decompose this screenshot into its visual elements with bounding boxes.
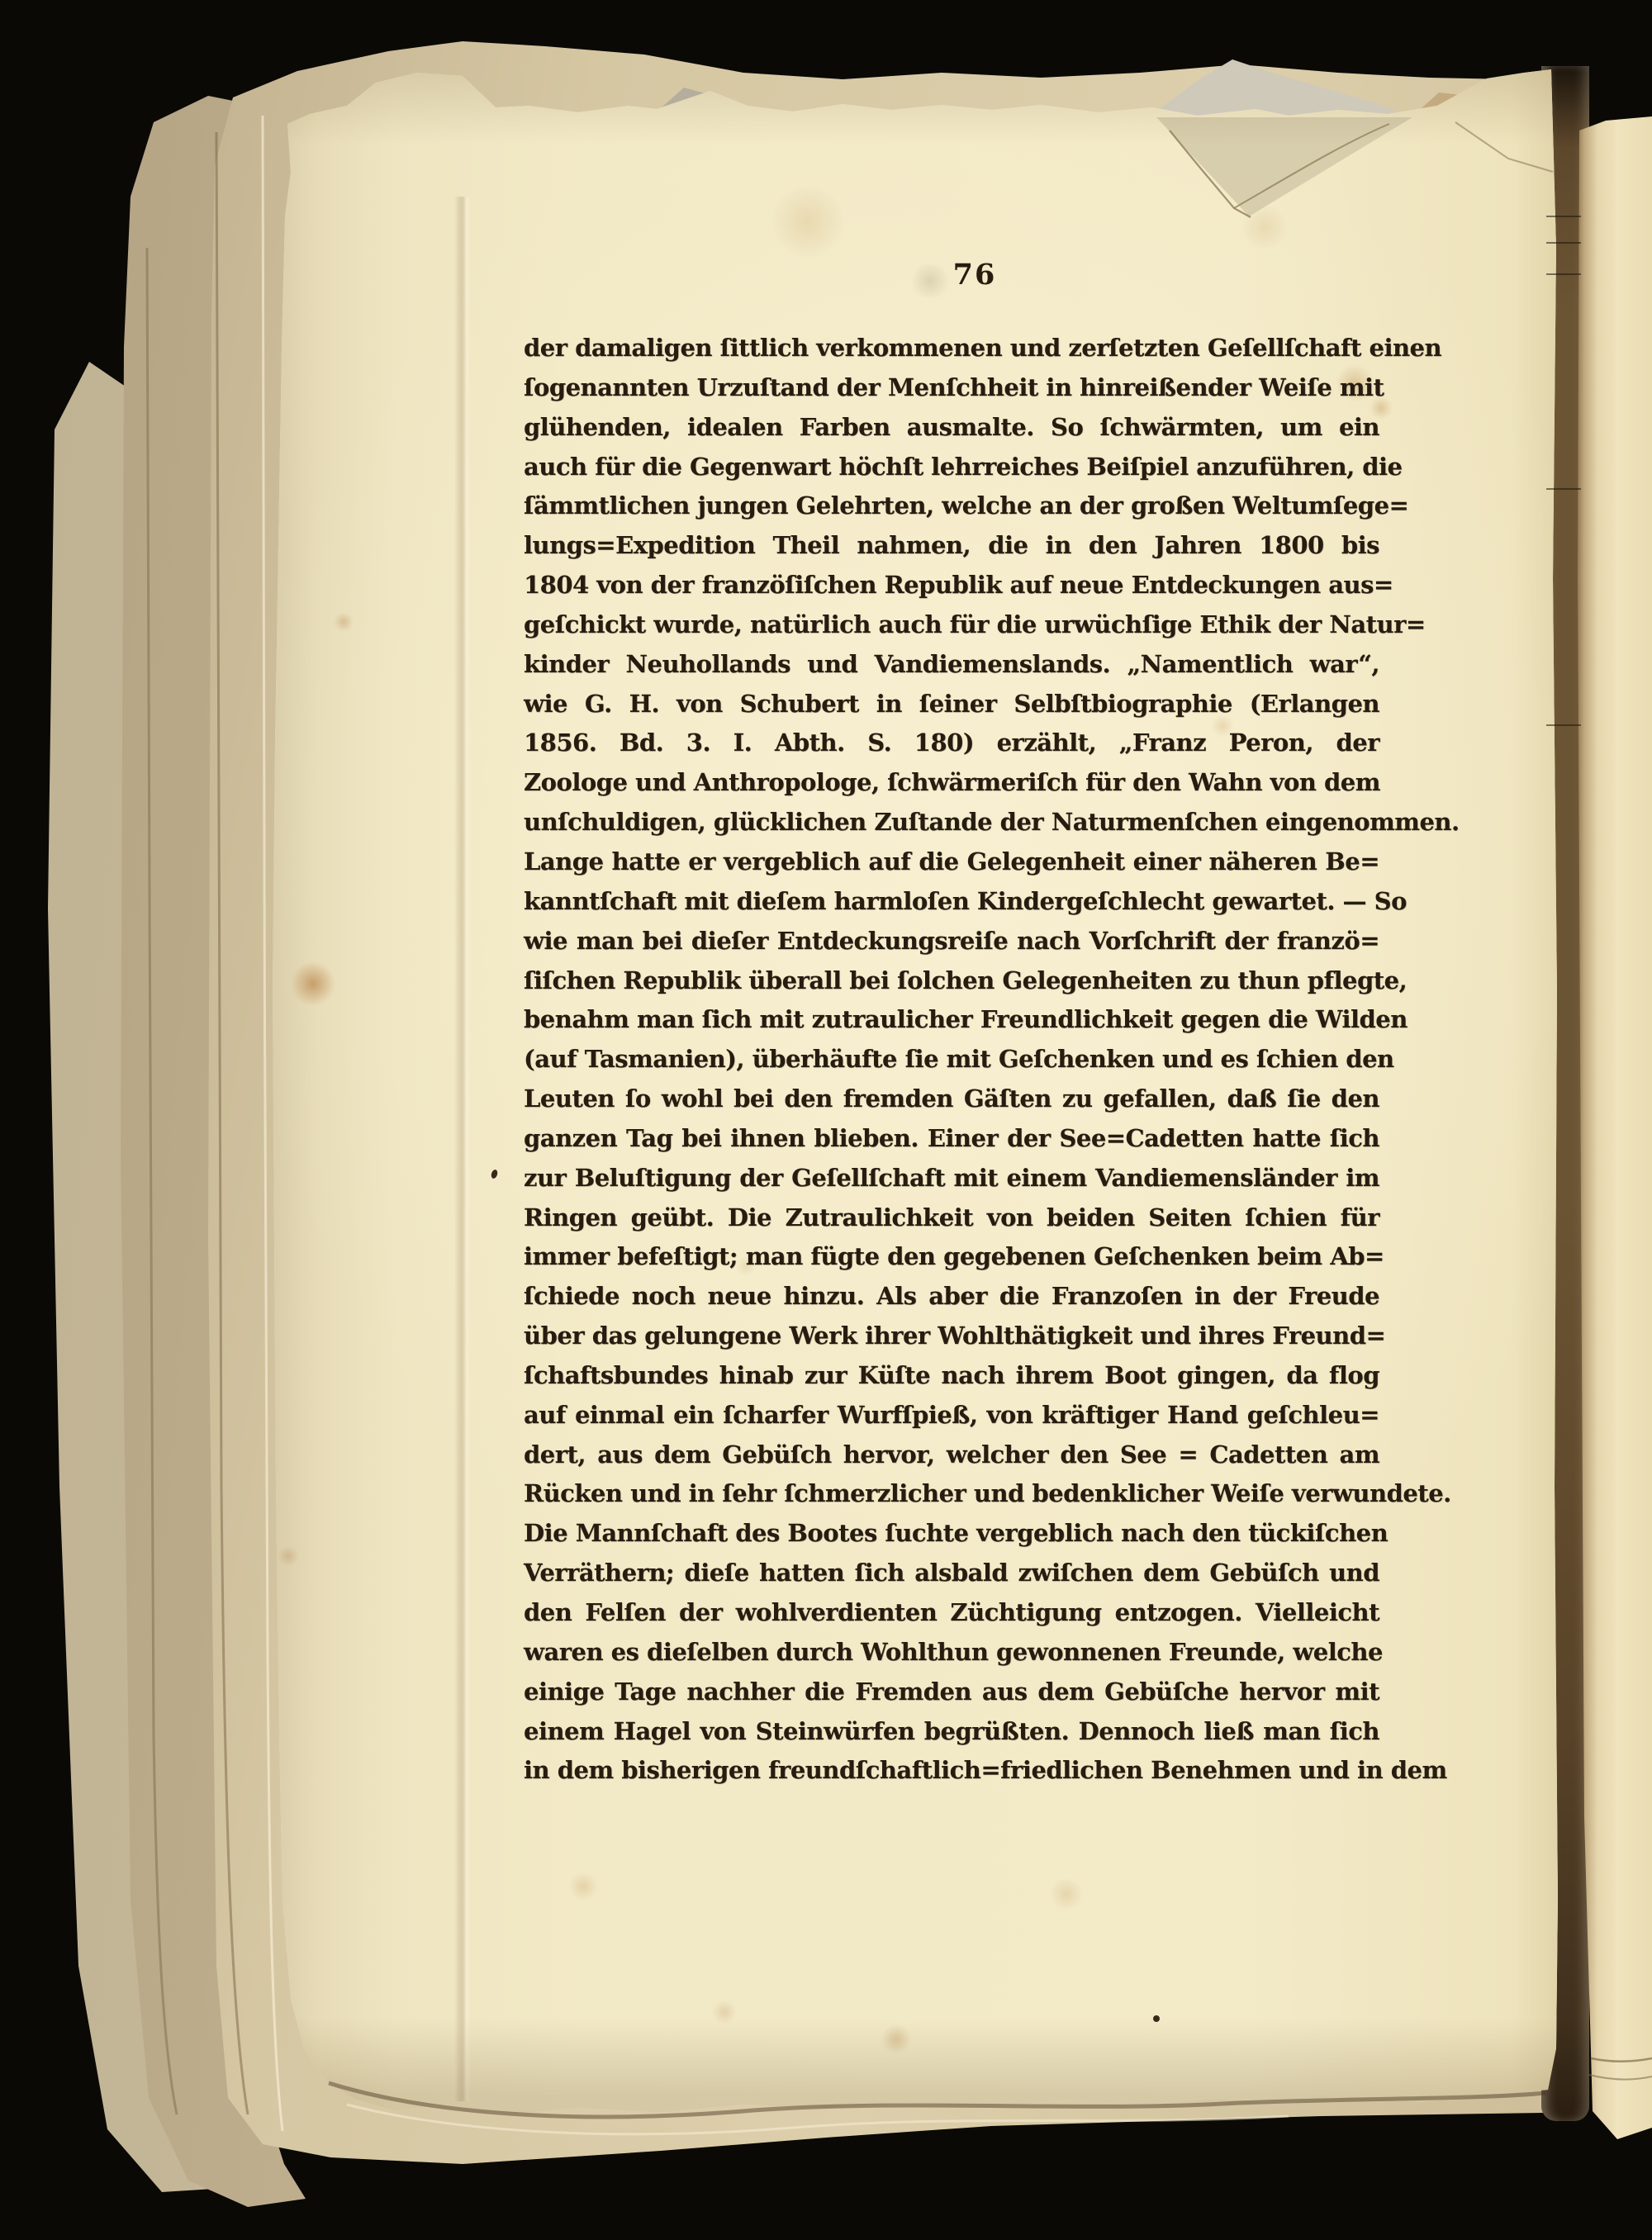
text-line: ſchiede noch neue hinzu. Als aber die Fr… <box>524 1277 1379 1317</box>
text-line: ſchaftsbundes hinab zur Küſte nach ihrem… <box>524 1356 1379 1396</box>
text-line: 1804 von der franzöſiſchen Republik auf … <box>524 566 1379 605</box>
ink-speck <box>1153 2015 1160 2022</box>
text-line: Leuten ſo wohl bei den fremden Gäſten zu… <box>524 1080 1379 1119</box>
text-line: Zoologe und Anthropologe, ſchwärmeriſch … <box>524 763 1379 803</box>
text-line: auch für die Gegenwart höchſt lehrreiche… <box>524 448 1379 487</box>
text-line: den Felſen der wohlverdienten Züchtigung… <box>524 1593 1379 1633</box>
text-line: Rücken und in ſehr ſchmerzlicher und bed… <box>524 1474 1379 1514</box>
text-line: einem Hagel von Steinwürfen begrüßten. D… <box>524 1712 1379 1752</box>
text-line: ſogenannten Urzuſtand der Menſchheit in … <box>524 368 1379 408</box>
text-line: geſchickt wurde, natürlich auch für die … <box>524 605 1379 645</box>
text-line: glühenden, idealen Farben ausmalte. So ſ… <box>524 408 1379 448</box>
text-line: kanntſchaft mit dieſem harmloſen Kinderg… <box>524 882 1379 922</box>
text-line: zur Beluſtigung der Geſellſchaft mit ein… <box>524 1159 1379 1198</box>
text-line: Lange hatte er vergeblich auf die Gelege… <box>524 842 1379 882</box>
text-line: ganzen Tag bei ihnen blieben. Einer der … <box>524 1119 1379 1159</box>
text-line: dert, aus dem Gebüſch hervor, welcher de… <box>524 1436 1379 1475</box>
text-line: wie G. H. von Schubert in ſeiner Selbſtb… <box>524 685 1379 724</box>
text-line: der damaligen ſittlich verkommenen und z… <box>524 329 1379 368</box>
text-line: immer befeſtigt; man fügte den gegebenen… <box>524 1237 1379 1277</box>
text-line: kinder Neuhollands und Vandiemenslands. … <box>524 645 1379 685</box>
text-line: in dem bisherigen freundſchaftlich=fried… <box>524 1751 1379 1791</box>
text-line: Ringen geübt. Die Zutraulichkeit von bei… <box>524 1198 1379 1238</box>
text-line: auf einmal ein ſcharfer Wurfſpieß, von k… <box>524 1396 1379 1436</box>
text-line: Die Mannſchaft des Bootes ſuchte vergebl… <box>524 1514 1379 1554</box>
text-line: (auf Tasmanien), überhäufte ſie mit Geſc… <box>524 1040 1379 1080</box>
text-line: lungs=Expedition Theil nahmen, die in de… <box>524 526 1379 566</box>
text-line: einige Tage nachher die Fremden aus dem … <box>524 1673 1379 1712</box>
text-line: waren es dieſelben durch Wohlthun gewonn… <box>524 1633 1379 1673</box>
text-line: über das gelungene Werk ihrer Wohlthätig… <box>524 1317 1379 1356</box>
text-line: Verräthern; dieſe hatten ſich alsbald zw… <box>524 1554 1379 1593</box>
text-line: 1856. Bd. 3. I. Abth. S. 180) erzählt, „… <box>524 724 1379 763</box>
text-line: benahm man ſich mit zutraulicher Freundl… <box>524 1000 1379 1040</box>
page-number: 76 <box>524 258 1379 292</box>
body-text: der damaligen ſittlich verkommenen und z… <box>524 329 1379 1791</box>
text-line: unſchuldigen, glücklichen Zuſtande der N… <box>524 803 1379 842</box>
text-line: ſämmtlichen jungen Gelehrten, welche an … <box>524 486 1379 526</box>
text-line: ſiſchen Republik überall bei ſolchen Gel… <box>524 961 1379 1001</box>
scan-canvas: { "colors": { "background": "#0b0906", "… <box>0 0 1652 2240</box>
text-line: wie man bei dieſer Entdeckungsreiſe nach… <box>524 922 1379 961</box>
